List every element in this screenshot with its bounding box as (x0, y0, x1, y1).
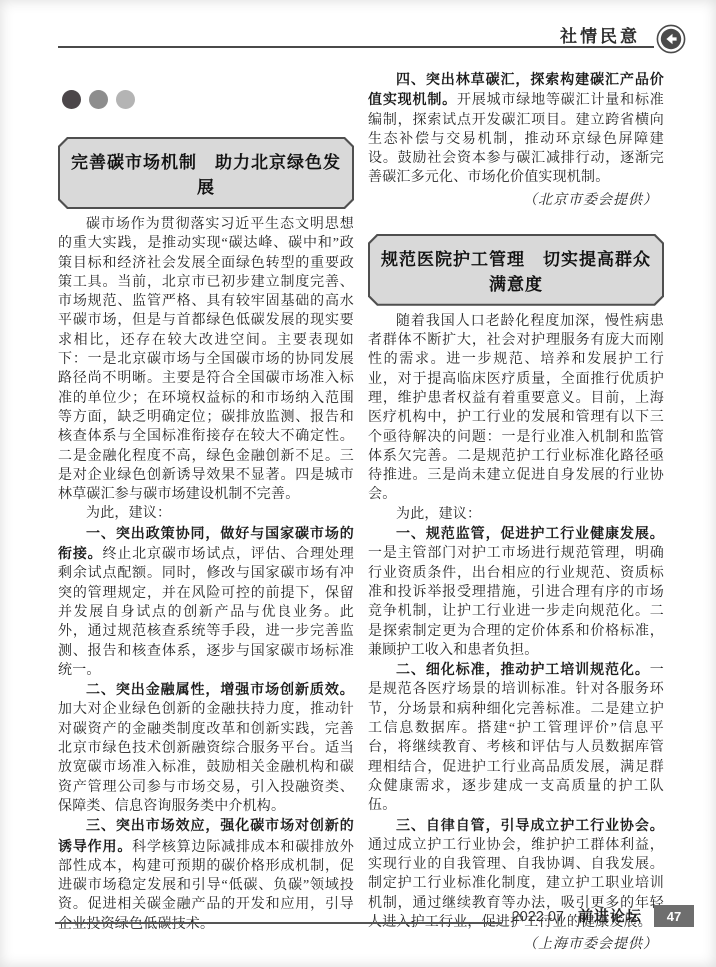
paragraph: 一、规范监管，促进护工行业健康发展。一是主管部门对护工市场进行规范管理，明确行业… (368, 524, 664, 660)
issue-date: 2022.07 (512, 907, 564, 927)
attribution: （北京市委会提供） (368, 190, 664, 212)
paragraph-lead: 三、自律自管，引导成立护工行业协会。 (396, 817, 664, 833)
magazine-page: 社情民意 完善碳市场机制 助力北京绿色发展碳市场作为贯彻落实习近平生态文明思想的… (0, 0, 716, 967)
dot (62, 90, 81, 109)
paragraph: 碳市场作为贯彻落实习近平生态文明思想的重大实践，是推动实现“碳达峰、碳中和”政策… (58, 215, 354, 504)
section-dots (58, 90, 354, 109)
page-number-badge: 47 (654, 905, 694, 927)
paragraph: 四、突出林草碳汇，探索构建碳汇产品价值实现机制。开展城市绿地等碳汇计量和标准编制… (368, 70, 664, 188)
paragraph: 二、细化标准，推动护工培训规范化。一是规范各医疗场景的培训标准。针对各服务环节，… (368, 660, 664, 815)
column-left: 完善碳市场机制 助力北京绿色发展碳市场作为贯彻落实习近平生态文明思想的重大实践，… (58, 70, 354, 956)
paragraph-lead: 二、细化标准，推动护工培训规范化。 (396, 661, 650, 677)
dot (116, 90, 135, 109)
dot (89, 90, 108, 109)
paragraph-lead: 一、突出政策协同，做好与国家碳市场的衔接。 (58, 525, 354, 561)
footer-rule (55, 922, 502, 924)
article-title: 规范医院护工管理 切实提高群众满意度 (370, 236, 662, 304)
article-title-box: 规范医院护工管理 切实提高群众满意度 (368, 234, 664, 306)
article-columns: 完善碳市场机制 助力北京绿色发展碳市场作为贯彻落实习近平生态文明思想的重大实践，… (58, 70, 664, 956)
back-arrow-circle-icon (656, 24, 686, 54)
section-label: 社情民意 (560, 22, 640, 47)
article-title: 完善碳市场机制 助力北京绿色发展 (60, 139, 352, 207)
attribution: （上海市委会提供） (368, 934, 664, 956)
journal-name: 前进论坛 (578, 907, 642, 927)
paragraph-lead: 二、突出金融属性，增强市场创新质效。 (86, 681, 354, 697)
paragraph: 为此，建议： (368, 505, 664, 524)
column-right: 四、突出林草碳汇，探索构建碳汇产品价值实现机制。开展城市绿地等碳汇计量和标准编制… (368, 70, 664, 956)
article-title-box: 完善碳市场机制 助力北京绿色发展 (58, 137, 354, 209)
paragraph-lead: 三、突出市场效应，强化碳市场对创新的诱导作用。 (58, 817, 354, 853)
page-footer: 2022.07 前进论坛 47 (55, 905, 694, 927)
paragraph: 二、突出金融属性，增强市场创新质效。加大对企业绿色创新的金融扶持力度，推动针对碳… (58, 680, 354, 816)
paragraph-lead: 四、突出林草碳汇，探索构建碳汇产品价值实现机制。 (368, 71, 664, 107)
paragraph: 随着我国人口老龄化程度加深，慢性病患者群体不断扩大，社会对护理服务有庞大而刚性的… (368, 312, 664, 505)
page-header: 社情民意 (58, 22, 684, 48)
paragraph: 一、突出政策协同，做好与国家碳市场的衔接。终止北京碳市场试点，评估、合理处理剩余… (58, 524, 354, 680)
paragraph: 为此，建议： (58, 504, 354, 523)
paragraph-lead: 一、规范监管，促进护工行业健康发展。 (396, 525, 664, 541)
